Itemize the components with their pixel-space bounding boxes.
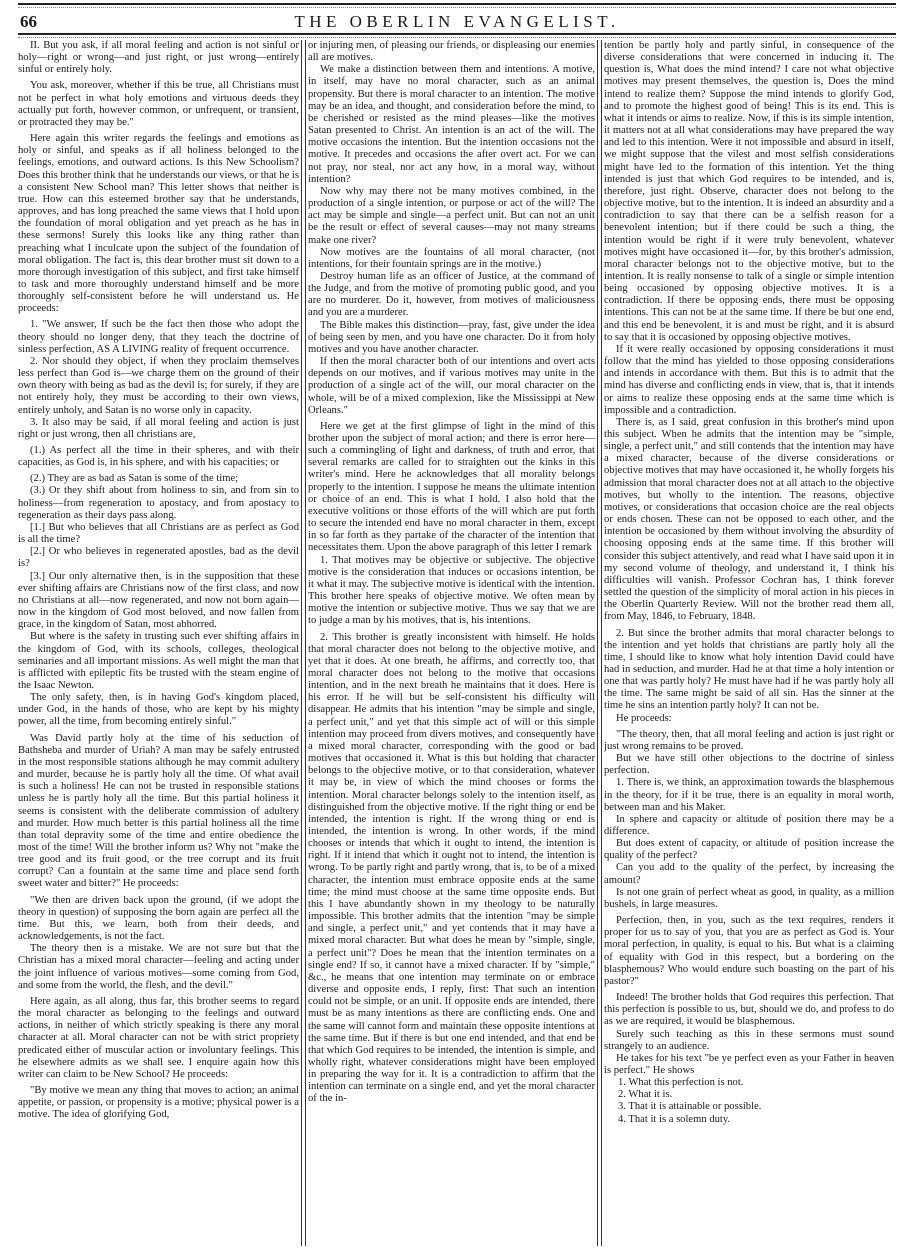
paragraph: Here we get at the first glimpse of ligh… xyxy=(308,421,595,555)
paragraph: The only safety, then, is in having God'… xyxy=(18,692,299,728)
paragraph: "By motive we mean any thing that moves … xyxy=(18,1085,299,1121)
article-columns: II. But you ask, if all moral feeling an… xyxy=(18,40,898,1246)
paragraph: Here again this writer regards the feeli… xyxy=(18,133,299,315)
paragraph: If then the moral character both of our … xyxy=(308,356,595,417)
paragraph: Perfection, then, in you, such as the te… xyxy=(604,915,894,988)
paragraph: But does extent of capacity, or altitude… xyxy=(604,838,894,862)
newspaper-page: 66 THE OBERLIN EVANGELIST. II. But you a… xyxy=(0,0,900,1254)
paragraph: 4. That it is a solemn duty. xyxy=(604,1114,894,1126)
paragraph: 3. It also may be said, if all moral fee… xyxy=(18,417,299,441)
paragraph: 2. Nor should they object, if when they … xyxy=(18,356,299,417)
masthead: 66 THE OBERLIN EVANGELIST. xyxy=(18,10,896,32)
paragraph: Destroy human life as an officer of Just… xyxy=(308,271,595,320)
paragraph: Now motives are the fountains of all mor… xyxy=(308,247,595,271)
column-divider xyxy=(597,40,602,1246)
header-rule xyxy=(18,33,896,35)
paragraph: "The theory, then, that all moral feelin… xyxy=(604,729,894,753)
paragraph: Was David partly holy at the time of his… xyxy=(18,733,299,891)
paragraph: Now why may there not be many motives co… xyxy=(308,186,595,247)
paragraph: The Bible makes this distinction—pray, f… xyxy=(308,320,595,356)
paragraph: We make a distinction between them and i… xyxy=(308,64,595,186)
paragraph: There is, as I said, great confusion in … xyxy=(604,417,894,624)
top-rule xyxy=(18,3,896,5)
paragraph: tention be partly holy and partly sinful… xyxy=(604,40,894,344)
paragraph: [2.] Or who believes in regenerated apos… xyxy=(18,546,299,570)
paragraph: or injuring men, of pleasing our friends… xyxy=(308,40,595,64)
paragraph: You ask, moreover, whether if this be tr… xyxy=(18,80,299,129)
paragraph: But we have still other objections to th… xyxy=(604,753,894,777)
paragraph: If it were really occasioned by opposing… xyxy=(604,344,894,417)
paragraph: "We then are driven back upon the ground… xyxy=(18,895,299,944)
paragraph: 1. That motives may be objective or subj… xyxy=(308,555,595,628)
paragraph: Can you add to the quality of the perfec… xyxy=(604,862,894,886)
paragraph: (1.) As perfect all the time in their sp… xyxy=(18,445,299,469)
paragraph: He proceeds: xyxy=(604,713,894,725)
paragraph: (2.) They are as bad as Satan is some of… xyxy=(18,473,299,485)
paragraph: The theory then is a mistake. We are not… xyxy=(18,943,299,992)
paragraph: 2. This brother is greatly inconsistent … xyxy=(308,632,595,1106)
paragraph: Here again, as all along, thus far, this… xyxy=(18,996,299,1081)
paragraph: Is not one grain of perfect wheat as goo… xyxy=(604,887,894,911)
paragraph: Indeed! The brother holds that God requi… xyxy=(604,992,894,1028)
column-2: or injuring men, of pleasing our friends… xyxy=(308,40,595,1246)
newspaper-title: THE OBERLIN EVANGELIST. xyxy=(18,12,896,32)
paragraph: 1. What this perfection is not. xyxy=(604,1077,894,1089)
paragraph: In sphere and capacity or altitude of po… xyxy=(604,814,894,838)
paragraph: 2. But since the brother admits that mor… xyxy=(604,628,894,713)
paragraph: He takes for his text "be ye perfect eve… xyxy=(604,1053,894,1077)
paragraph: [3.] Our only alternative then, is in th… xyxy=(18,571,299,632)
paragraph: 3. That it is attainable or possible. xyxy=(604,1101,894,1113)
paragraph: 2. What it is. xyxy=(604,1089,894,1101)
column-1: II. But you ask, if all moral feeling an… xyxy=(18,40,299,1246)
paragraph: 1. There is, we think, an approximation … xyxy=(604,777,894,813)
paragraph: [1.] But who believes that all Christian… xyxy=(18,522,299,546)
header-rule-dotted xyxy=(18,37,896,38)
paragraph: Surely such teaching as this in these se… xyxy=(604,1029,894,1053)
paragraph: But where is the safety in trusting such… xyxy=(18,631,299,692)
paragraph: 1. "We answer, If such be the fact then … xyxy=(18,319,299,355)
top-rule-dotted xyxy=(18,7,896,8)
column-divider xyxy=(301,40,306,1246)
paragraph: II. But you ask, if all moral feeling an… xyxy=(18,40,299,76)
paragraph: (3.) Or they shift about from holiness t… xyxy=(18,485,299,521)
column-3: tention be partly holy and partly sinful… xyxy=(604,40,894,1246)
